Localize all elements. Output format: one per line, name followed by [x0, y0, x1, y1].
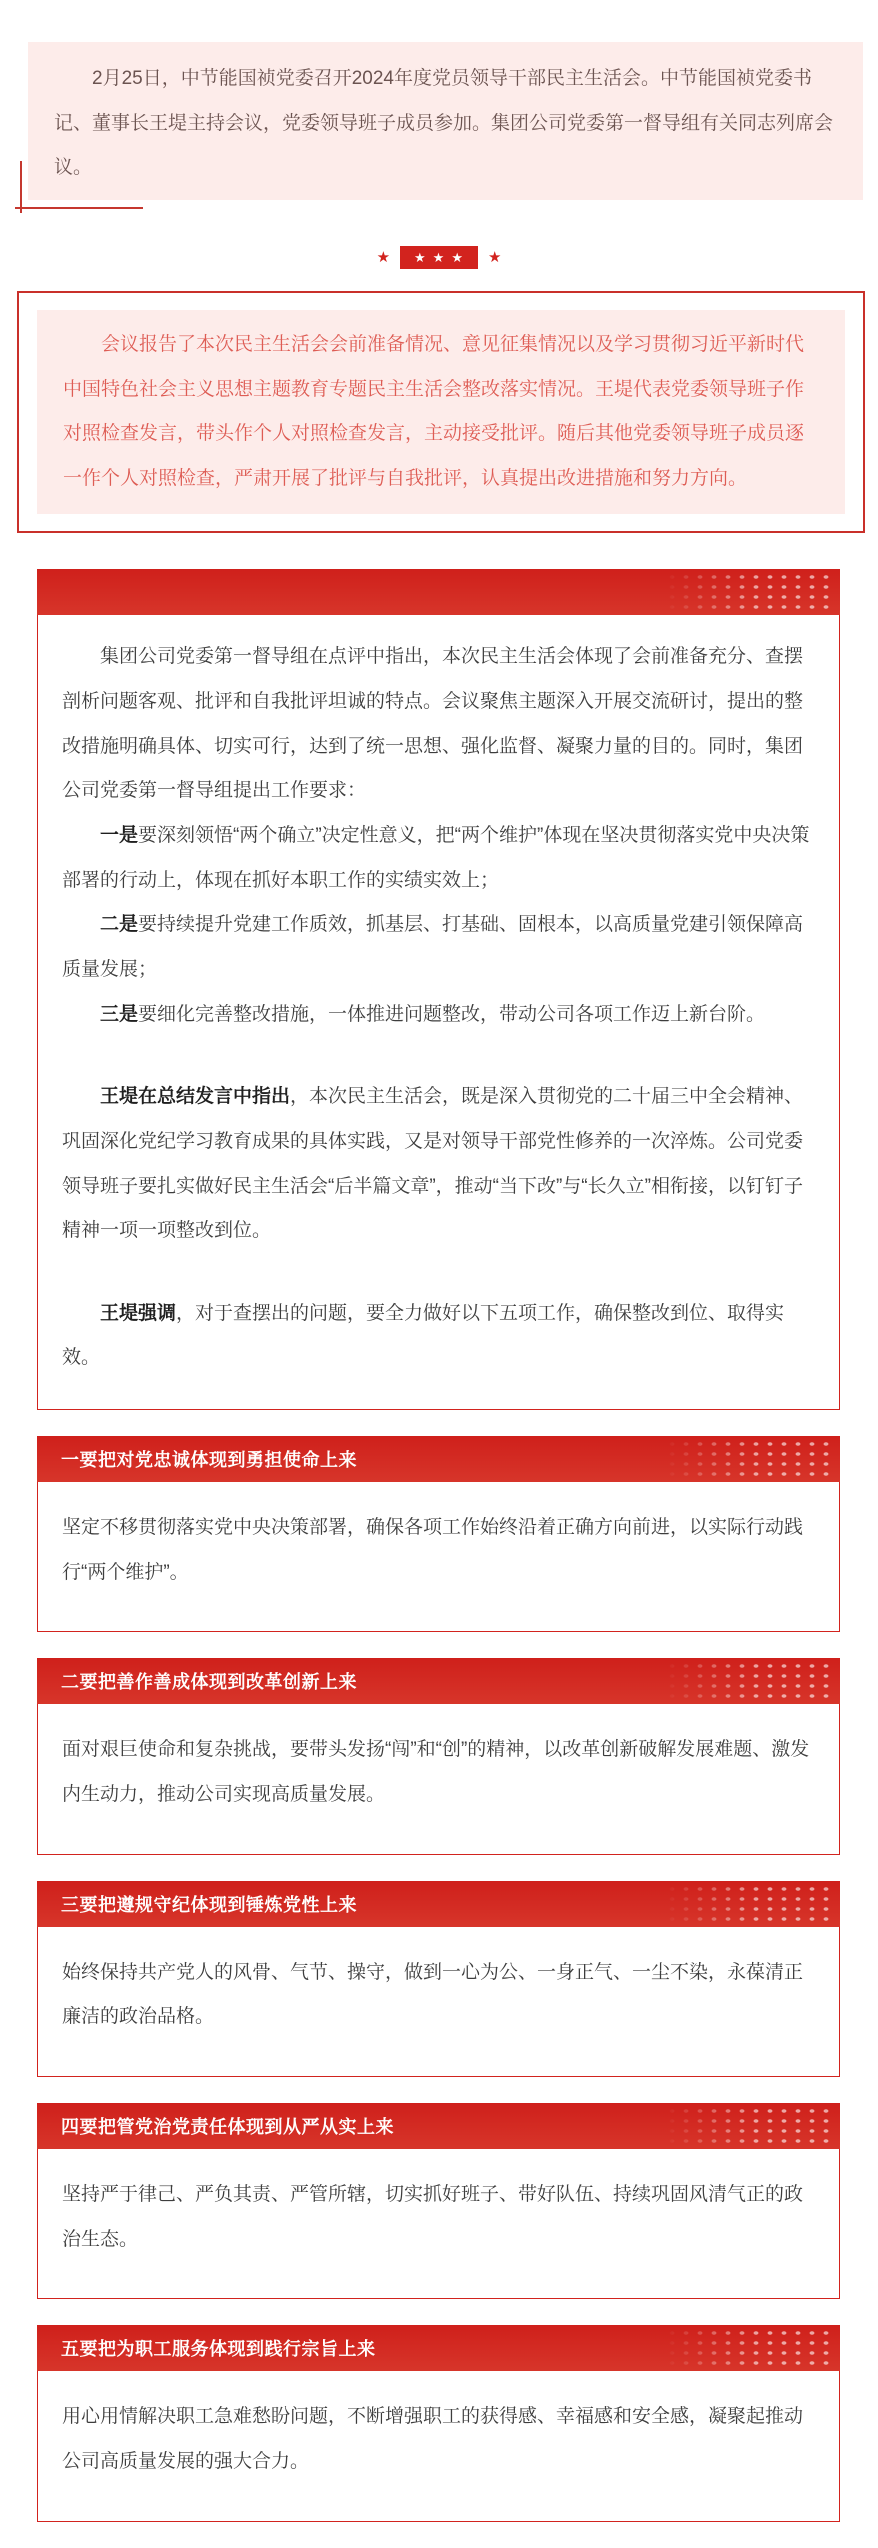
point-section-title: 二要把善作善成体现到改革创新上来 [61, 1668, 357, 1694]
paragraph-lead: 王堤在总结发言中指出 [100, 1086, 290, 1107]
card-paragraph: 王堤强调，对于查摆出的问题，要全力做好以下五项工作，确保整改到位、取得实效。 [62, 1292, 815, 1381]
intro-section: 2月25日，中节能国祯党委召开2024年度党员领导干部民主生活会。中节能国祯党委… [28, 42, 863, 200]
summary-card-body: 集团公司党委第一督导组在点评中指出，本次民主生活会体现了会前准备充分、查摆剖析问… [37, 615, 840, 1410]
point-section-body: 面对艰巨使命和复杂挑战，要带头发扬“闯”和“创”的精神，以改革创新破解发展难题、… [37, 1704, 840, 1854]
dots-pattern [665, 2106, 837, 2146]
star-icon: ★ [377, 250, 390, 265]
point-section-title: 五要把为职工服务体现到践行宗旨上来 [61, 2335, 376, 2361]
point-section-text: 面对艰巨使命和复杂挑战，要带头发扬“闯”和“创”的精神，以改革创新破解发展难题、… [62, 1728, 815, 1817]
point-section-body: 用心用情解决职工急难愁盼问题，不断增强职工的获得感、幸福感和安全感，凝聚起推动公… [37, 2371, 840, 2521]
card-paragraph: 集团公司党委第一督导组在点评中指出，本次民主生活会体现了会前准备充分、查摆剖析问… [62, 635, 815, 814]
article-page: { "colors": { "accent_red": "#d2231e", "… [0, 42, 878, 2522]
dots-pattern [665, 1439, 837, 1479]
summary-card-header [37, 569, 840, 615]
point-section-1: 一要把对党忠诚体现到勇担使命上来 坚定不移贯彻落实党中央决策部署，确保各项工作始… [37, 1436, 840, 1632]
paragraph-lead: 一是 [100, 825, 138, 846]
paragraph-lead: 二是 [100, 914, 138, 935]
point-section-3: 三要把遵规守纪体现到锤炼党性上来 始终保持共产党人的风骨、气节、操守，做到一心为… [37, 1881, 840, 2077]
point-section-body: 始终保持共产党人的风骨、气节、操守，做到一心为公、一身正气、一尘不染，永葆清正廉… [37, 1927, 840, 2077]
star-divider: ★ ★★★ ★ [0, 246, 878, 269]
point-section-text: 始终保持共产党人的风骨、气节、操守，做到一心为公、一身正气、一尘不染，永葆清正廉… [62, 1951, 815, 2040]
three-stars-icon: ★★★ [400, 246, 478, 269]
dots-pattern [665, 572, 837, 612]
card-paragraph: 三是要细化完善整改措施，一体推进问题整改，带动公司各项工作迈上新台阶。 [62, 993, 815, 1038]
corner-line-vertical [20, 161, 22, 213]
point-section-body: 坚持严于律己、严负其责、严管所辖，切实抓好班子、带好队伍、持续巩固风清气正的政治… [37, 2149, 840, 2299]
dots-pattern [665, 1884, 837, 1924]
paragraph-lead: 王堤强调 [100, 1303, 176, 1324]
point-section-text: 坚持严于律己、严负其责、严管所辖，切实抓好班子、带好队伍、持续巩固风清气正的政治… [62, 2173, 815, 2262]
point-section-header: 五要把为职工服务体现到践行宗旨上来 [37, 2325, 840, 2371]
corner-line-horizontal [15, 207, 143, 209]
point-section-header: 二要把善作善成体现到改革创新上来 [37, 1658, 840, 1704]
point-section-title: 四要把管党治党责任体现到从严从实上来 [61, 2113, 394, 2139]
intro-text: 2月25日，中节能国祯党委召开2024年度党员领导干部民主生活会。中节能国祯党委… [54, 57, 835, 191]
point-section-title: 一要把对党忠诚体现到勇担使命上来 [61, 1446, 357, 1472]
point-section-header: 四要把管党治党责任体现到从严从实上来 [37, 2103, 840, 2149]
point-section-body: 坚定不移贯彻落实党中央决策部署，确保各项工作始终沿着正确方向前进，以实际行动践行… [37, 1482, 840, 1632]
dots-pattern [665, 2328, 837, 2368]
quote-text: 会议报告了本次民主生活会会前准备情况、意见征集情况以及学习贯彻习近平新时代中国特… [63, 323, 819, 502]
point-section-text: 用心用情解决职工急难愁盼问题，不断增强职工的获得感、幸福感和安全感，凝聚起推动公… [62, 2395, 815, 2484]
quote-box-inner: 会议报告了本次民主生活会会前准备情况、意见征集情况以及学习贯彻习近平新时代中国特… [37, 310, 845, 515]
intro-box: 2月25日，中节能国祯党委召开2024年度党员领导干部民主生活会。中节能国祯党委… [28, 42, 863, 200]
point-section-header: 一要把对党忠诚体现到勇担使命上来 [37, 1436, 840, 1482]
quote-box: 会议报告了本次民主生活会会前准备情况、意见征集情况以及学习贯彻习近平新时代中国特… [17, 291, 865, 534]
point-section-header: 三要把遵规守纪体现到锤炼党性上来 [37, 1881, 840, 1927]
point-section-4: 四要把管党治党责任体现到从严从实上来 坚持严于律己、严负其责、严管所辖，切实抓好… [37, 2103, 840, 2299]
paragraph-lead: 三是 [100, 1004, 138, 1025]
card-paragraph: 王堤在总结发言中指出，本次民主生活会，既是深入贯彻党的二十届三中全会精神、巩固深… [62, 1075, 815, 1254]
summary-card: 集团公司党委第一督导组在点评中指出，本次民主生活会体现了会前准备充分、查摆剖析问… [37, 569, 840, 1410]
point-section-text: 坚定不移贯彻落实党中央决策部署，确保各项工作始终沿着正确方向前进，以实际行动践行… [62, 1506, 815, 1595]
point-section-2: 二要把善作善成体现到改革创新上来 面对艰巨使命和复杂挑战，要带头发扬“闯”和“创… [37, 1658, 840, 1854]
point-section-title: 三要把遵规守纪体现到锤炼党性上来 [61, 1891, 357, 1917]
dots-pattern [665, 1661, 837, 1701]
star-icon: ★ [488, 250, 501, 265]
card-paragraph: 一是要深刻领悟“两个确立”决定性意义，把“两个维护”体现在坚决贯彻落实党中央决策… [62, 814, 815, 903]
point-section-5: 五要把为职工服务体现到践行宗旨上来 用心用情解决职工急难愁盼问题，不断增强职工的… [37, 2325, 840, 2521]
card-paragraph: 二是要持续提升党建工作质效，抓基层、打基础、固根本，以高质量党建引领保障高质量发… [62, 903, 815, 992]
